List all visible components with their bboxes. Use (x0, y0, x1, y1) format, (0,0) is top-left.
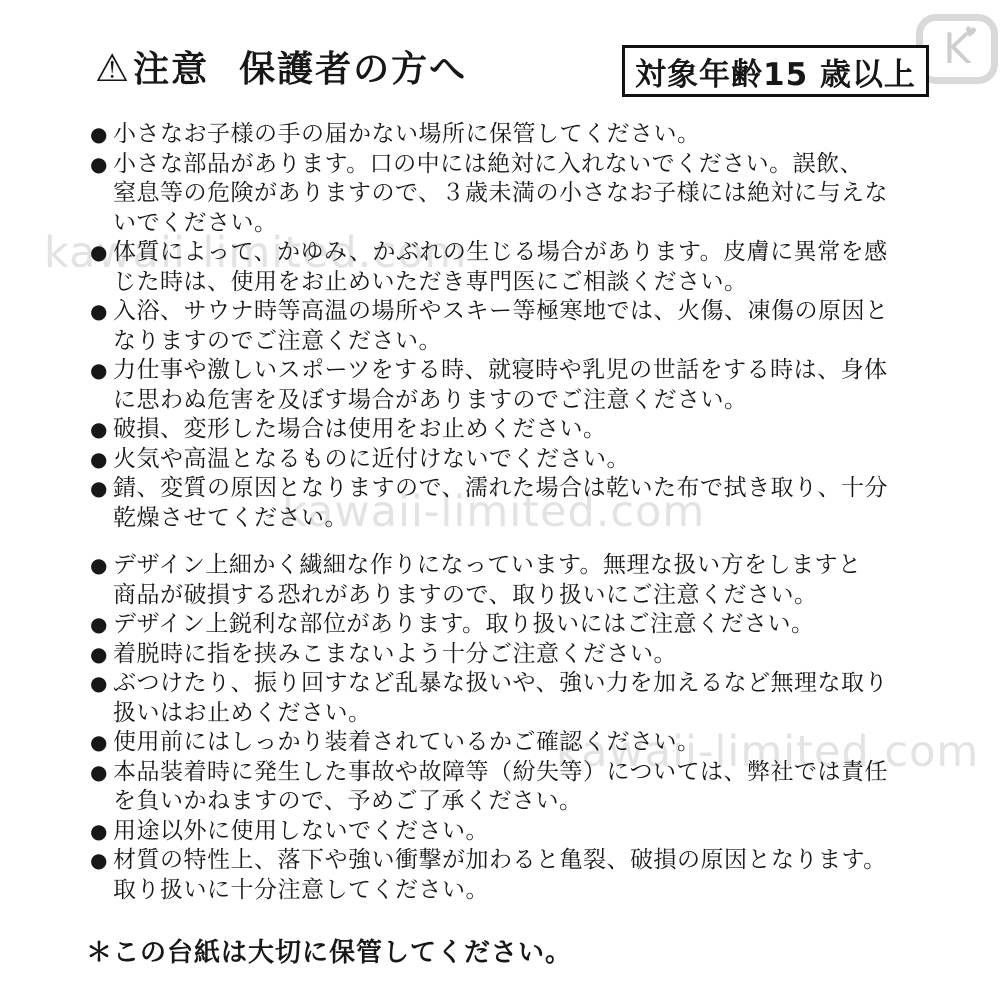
bullet-icon: ● (90, 728, 113, 758)
notice-item: ●火気や高温となるものに近付けないでください。 (90, 445, 970, 475)
warning-triangle-icon: ⚠ (95, 46, 131, 90)
notice-item: ●デザイン上細かく繊細な作りになっています。無理な扱い方をしますと 商品が破損す… (90, 551, 970, 610)
notice-item: ●デザイン上鋭利な部位があります。取り扱いにはご注意ください。 (90, 610, 970, 640)
bullet-icon: ● (90, 356, 113, 386)
caution-title: 注意 (133, 49, 209, 90)
age-restriction-label: 対象年齢15 歳以上 (635, 49, 916, 94)
notice-item: ●小さな部品があります。口の中には絶対に入れないでください。誤飲、 窒息等の危険… (90, 150, 970, 239)
page-title: ⚠注意保護者の方へ (95, 46, 467, 92)
notice-item: ●使用前にはしっかり装着されているかご確認ください。 (90, 728, 970, 758)
notice-text: 錆、変質の原因となりますので、濡れた場合は乾いた布で拭き取り、十分 乾燥させてく… (113, 474, 888, 533)
guardian-subtitle: 保護者の方へ (239, 49, 467, 90)
bullet-icon: ● (90, 610, 113, 640)
notice-item: ●破損、変形した場合は使用をお止めください。 (90, 415, 970, 445)
bullet-icon: ● (90, 758, 113, 788)
notice-text: 入浴、サウナ時等高温の場所やスキー等極寒地では、火傷、凍傷の原因と なりますので… (113, 297, 889, 356)
notice-text: 小さな部品があります。口の中には絶対に入れないでください。誤飲、 窒息等の危険が… (113, 150, 888, 239)
bullet-icon: ● (90, 551, 113, 581)
bullet-icon: ● (90, 445, 113, 475)
notice-item: ●小さなお子様の手の届かない場所に保管してください。 (90, 120, 970, 150)
bullet-icon: ● (90, 846, 113, 876)
notices-group-1: ●小さなお子様の手の届かない場所に保管してください。●小さな部品があります。口の… (90, 120, 970, 533)
bullet-icon: ● (90, 297, 113, 327)
notice-item: ●錆、変質の原因となりますので、濡れた場合は乾いた布で拭き取り、十分 乾燥させて… (90, 474, 970, 533)
notice-item: ●本品装着時に発生した事故や故障等（紛失等）については、弊社では責任 を負いかね… (90, 758, 970, 817)
notice-text: ぶつけたり、振り回すなど乱暴な扱いや、強い力を加えるなど無理な取り 扱いはお止め… (113, 669, 888, 728)
notice-item: ●入浴、サウナ時等高温の場所やスキー等極寒地では、火傷、凍傷の原因と なりますの… (90, 297, 970, 356)
notice-item: ●体質によって、かゆみ、かぶれの生じる場合があります。皮膚に異常を感 じた時は、… (90, 238, 970, 297)
notice-text: 用途以外に使用しないでください。 (113, 817, 489, 847)
bullet-icon: ● (90, 150, 113, 180)
footer-note: ＊この台紙は大切に保管してください。 (86, 932, 572, 969)
bullet-icon: ● (90, 120, 113, 150)
notice-item: ●用途以外に使用しないでください。 (90, 817, 970, 847)
notice-item: ●着脱時に指を挟みこまないよう十分ご注意ください。 (90, 640, 970, 670)
bullet-icon: ● (90, 474, 113, 504)
warning-card-page: kawaii-limited.com kawaii-limited.com ka… (0, 0, 1000, 1000)
notice-text: デザイン上細かく繊細な作りになっています。無理な扱い方をしますと 商品が破損する… (113, 551, 862, 610)
notices-group-2: ●デザイン上細かく繊細な作りになっています。無理な扱い方をしますと 商品が破損す… (90, 551, 970, 905)
notice-text: 破損、変形した場合は使用をお止めください。 (113, 415, 607, 445)
bullet-icon: ● (90, 640, 113, 670)
bullet-icon: ● (90, 669, 113, 699)
notice-item: ●ぶつけたり、振り回すなど乱暴な扱いや、強い力を加えるなど無理な取り 扱いはお止… (90, 669, 970, 728)
notice-text: 使用前にはしっかり装着されているかご確認ください。 (113, 728, 701, 758)
notice-text: 体質によって、かゆみ、かぶれの生じる場合があります。皮膚に異常を感 じた時は、使… (113, 238, 888, 297)
notice-text: 小さなお子様の手の届かない場所に保管してください。 (113, 120, 701, 150)
notice-item: ●力仕事や激しいスポーツをする時、就寝時や乳児の世話をする時は、身体 に思わぬ危… (90, 356, 970, 415)
notice-text: 材質の特性上、落下や強い衝撃が加わると亀裂、破損の原因となります。 取り扱いに十… (113, 846, 887, 905)
notice-text: デザイン上鋭利な部位があります。取り扱いにはご注意ください。 (113, 610, 815, 640)
bullet-icon: ● (90, 415, 113, 445)
notice-text: 着脱時に指を挟みこまないよう十分ご注意ください。 (113, 640, 677, 670)
notice-text: 火気や高温となるものに近付けないでください。 (113, 445, 630, 475)
age-restriction-box: 対象年齢15 歳以上 (622, 45, 929, 97)
notice-text: 本品装着時に発生した事故や故障等（紛失等）については、弊社では責任 を負いかねま… (113, 758, 888, 817)
notice-item: ●材質の特性上、落下や強い衝撃が加わると亀裂、破損の原因となります。 取り扱いに… (90, 846, 970, 905)
bullet-icon: ● (90, 238, 113, 268)
content-layer: ⚠注意保護者の方へ 対象年齢15 歳以上 ●小さなお子様の手の届かない場所に保管… (0, 0, 1000, 1000)
notice-text: 力仕事や激しいスポーツをする時、就寝時や乳児の世話をする時は、身体 に思わぬ危害… (113, 356, 888, 415)
bullet-icon: ● (90, 817, 113, 847)
